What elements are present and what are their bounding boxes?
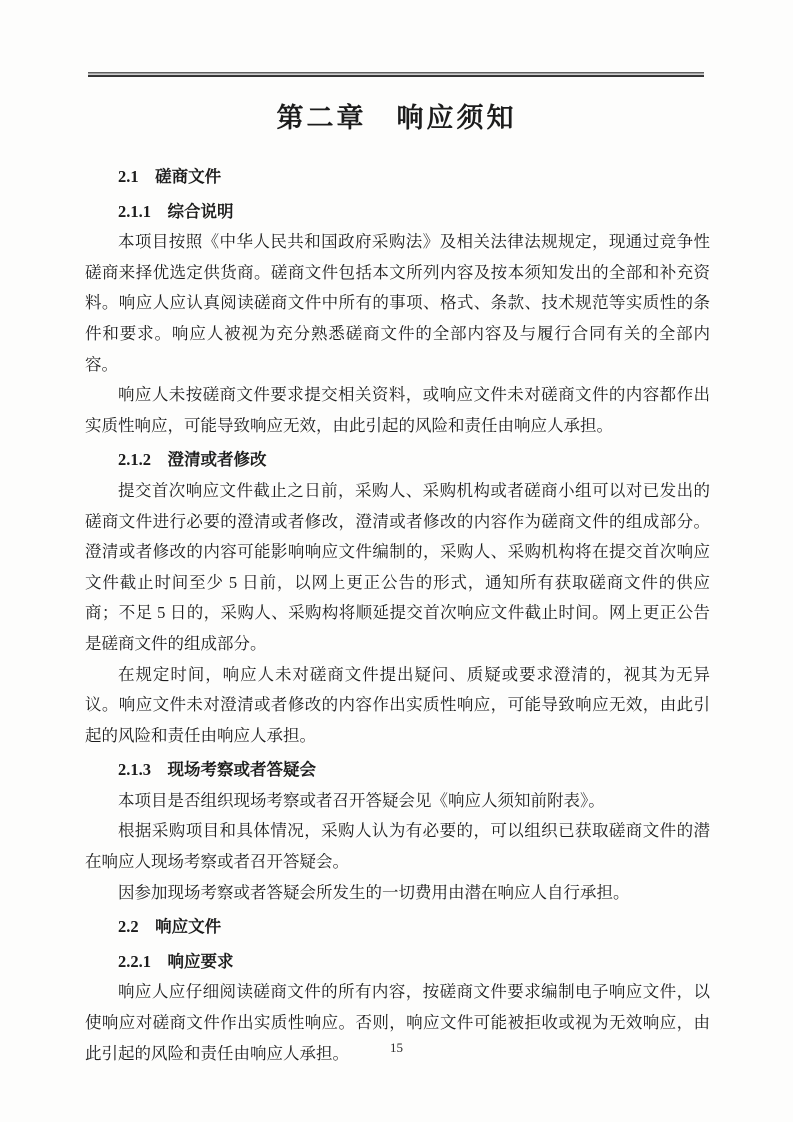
section-heading-2-1-2: 2.1.2 澄清或者修改	[85, 445, 710, 476]
paragraph-site-visit-1: 本项目是否组织现场考察或者召开答疑会见《响应人须知前附表》。	[85, 786, 710, 817]
paragraph-clarification-1: 提交首次响应文件截止之日前，采购人、采购机构或者磋商小组可以对已发出的磋商文件进…	[85, 476, 710, 660]
document-page: 第二章 响应须知 2.1 磋商文件 2.1.1 综合说明 本项目按照《中华人民共…	[0, 0, 793, 1122]
paragraph-site-visit-2: 根据采购项目和具体情况，采购人认为有必要的，可以组织已获取磋商文件的潜在响应人现…	[85, 816, 710, 877]
section-heading-2-1-1: 2.1.1 综合说明	[85, 197, 710, 228]
paragraph-general-description-1: 本项目按照《中华人民共和国政府采购法》及相关法律法规规定，现通过竞争性磋商来择优…	[85, 227, 710, 380]
document-body: 2.1 磋商文件 2.1.1 综合说明 本项目按照《中华人民共和国政府采购法》及…	[85, 158, 710, 1069]
section-heading-2-1: 2.1 磋商文件	[85, 162, 710, 193]
section-heading-2-1-3: 2.1.3 现场考察或者答疑会	[85, 755, 710, 786]
chapter-title: 第二章 响应须知	[0, 96, 793, 135]
header-divider-rule	[88, 72, 704, 77]
section-heading-2-2-1: 2.2.1 响应要求	[85, 947, 710, 978]
page-number: 15	[0, 1040, 793, 1056]
paragraph-general-description-2: 响应人未按磋商文件要求提交相关资料，或响应文件未对磋商文件的内容都作出实质性响应…	[85, 380, 710, 441]
paragraph-clarification-2: 在规定时间，响应人未对磋商文件提出疑问、质疑或要求澄清的，视其为无异议。响应文件…	[85, 660, 710, 752]
section-heading-2-2: 2.2 响应文件	[85, 912, 710, 943]
paragraph-site-visit-3: 因参加现场考察或者答疑会所发生的一切费用由潜在响应人自行承担。	[85, 878, 710, 909]
